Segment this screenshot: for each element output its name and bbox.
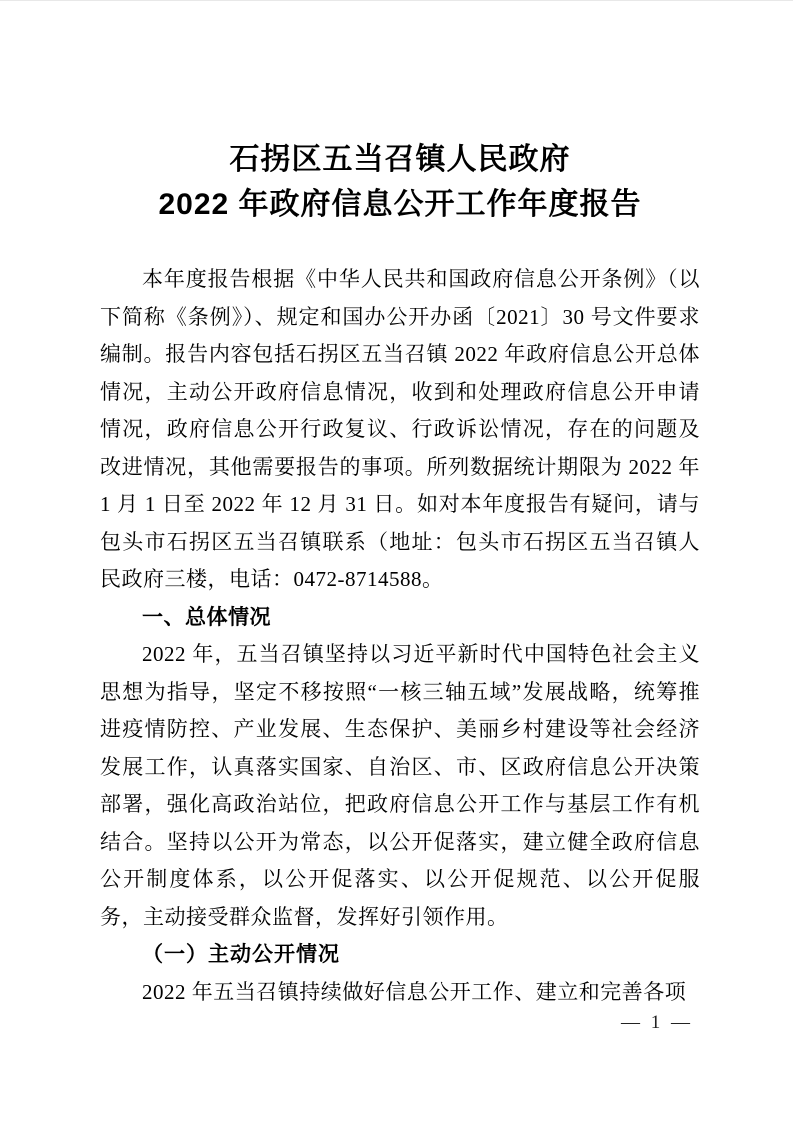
document-page: 石拐区五当召镇人民政府 2022 年政府信息公开工作年度报告 本年度报告根据《中… xyxy=(0,0,793,1122)
page-number: — 1 — xyxy=(621,1012,693,1034)
document-title-line1: 石拐区五当召镇人民政府 xyxy=(100,137,700,182)
document-title-line2: 2022 年政府信息公开工作年度报告 xyxy=(100,182,700,227)
subsection-heading-proactive-disclosure: （一）主动公开情况 xyxy=(100,936,700,974)
document-title: 石拐区五当召镇人民政府 2022 年政府信息公开工作年度报告 xyxy=(100,137,700,227)
proactive-disclosure-paragraph: 2022 年五当召镇持续做好信息公开工作、建立和完善各项 xyxy=(100,974,700,1012)
overall-situation-paragraph: 2022 年，五当召镇坚持以习近平新时代中国特色社会主义思想为指导，坚定不移按照… xyxy=(100,636,700,936)
intro-paragraph: 本年度报告根据《中华人民共和国政府信息公开条例》（以下简称《条例》）、规定和国办… xyxy=(100,261,700,599)
section-heading-overall-situation: 一、总体情况 xyxy=(100,599,700,637)
